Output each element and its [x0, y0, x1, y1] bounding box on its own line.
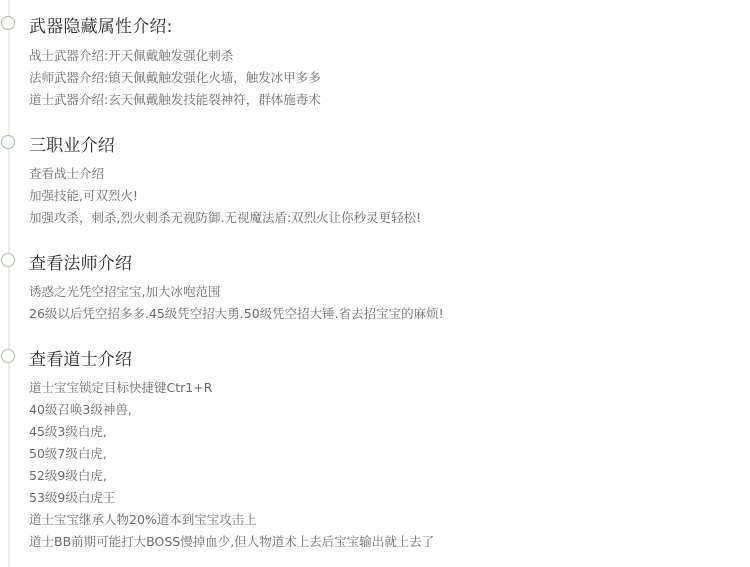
section-heading: 三职业介绍 [29, 131, 115, 156]
body-line: 53级9级白虎王 [29, 487, 434, 509]
section-body: 道士宝宝锁定目标快捷键Ctr1+R 40级召唤3级神兽, 45级3级白虎, 50… [29, 377, 434, 553]
section-heading: 武器隐藏属性介绍: [29, 12, 173, 37]
body-line: 道士BB前期可能打大BOSS慢掉血少,但人物道术上去后宝宝输出就上去了 [29, 531, 434, 553]
body-line: 战士武器介绍:开天佩戴触发强化刺杀 [29, 45, 321, 67]
body-line: 26级以后凭空招多多.45级凭空招大勇.50级凭空招大锤.省去招宝宝的麻烦! [29, 303, 444, 325]
body-line: 查看战士介绍 [29, 163, 421, 185]
body-line: 法师武器介绍:镇天佩戴触发强化火墙，触发冰甲多多 [29, 67, 321, 89]
section-body: 战士武器介绍:开天佩戴触发强化刺杀 法师武器介绍:镇天佩戴触发强化火墙，触发冰甲… [29, 45, 321, 111]
timeline-node-icon [1, 135, 15, 149]
body-line: 加强攻杀，刺杀,烈火刺杀无视防御.无视魔法盾:双烈火让你秒灵更轻松! [29, 207, 421, 229]
body-line: 道士武器介绍:玄天佩戴触发技能裂神符，群体施毒术 [29, 89, 321, 111]
body-line: 40级召唤3级神兽, [29, 399, 434, 421]
timeline-node-icon [1, 349, 15, 363]
body-line: 诱惑之光凭空招宝宝,加大冰咆范围 [29, 281, 444, 303]
section-body: 诱惑之光凭空招宝宝,加大冰咆范围 26级以后凭空招多多.45级凭空招大勇.50级… [29, 281, 444, 325]
body-line: 道士宝宝锁定目标快捷键Ctr1+R [29, 377, 434, 399]
body-line: 50级7级白虎, [29, 443, 434, 465]
section-heading: 查看法师介绍 [29, 249, 132, 274]
timeline: 武器隐藏属性介绍: 战士武器介绍:开天佩戴触发强化刺杀 法师武器介绍:镇天佩戴触… [0, 0, 750, 567]
body-line: 52级9级白虎, [29, 465, 434, 487]
body-line: 加强技能,可双烈火! [29, 185, 421, 207]
timeline-node-icon [1, 253, 15, 267]
section-body: 查看战士介绍 加强技能,可双烈火! 加强攻杀，刺杀,烈火刺杀无视防御.无视魔法盾… [29, 163, 421, 229]
timeline-line [8, 0, 10, 567]
body-line: 道士宝宝继承人物20%道本到宝宝攻击上 [29, 509, 434, 531]
section-heading: 查看道士介绍 [29, 345, 132, 370]
timeline-node-icon [1, 16, 15, 30]
body-line: 45级3级白虎, [29, 421, 434, 443]
